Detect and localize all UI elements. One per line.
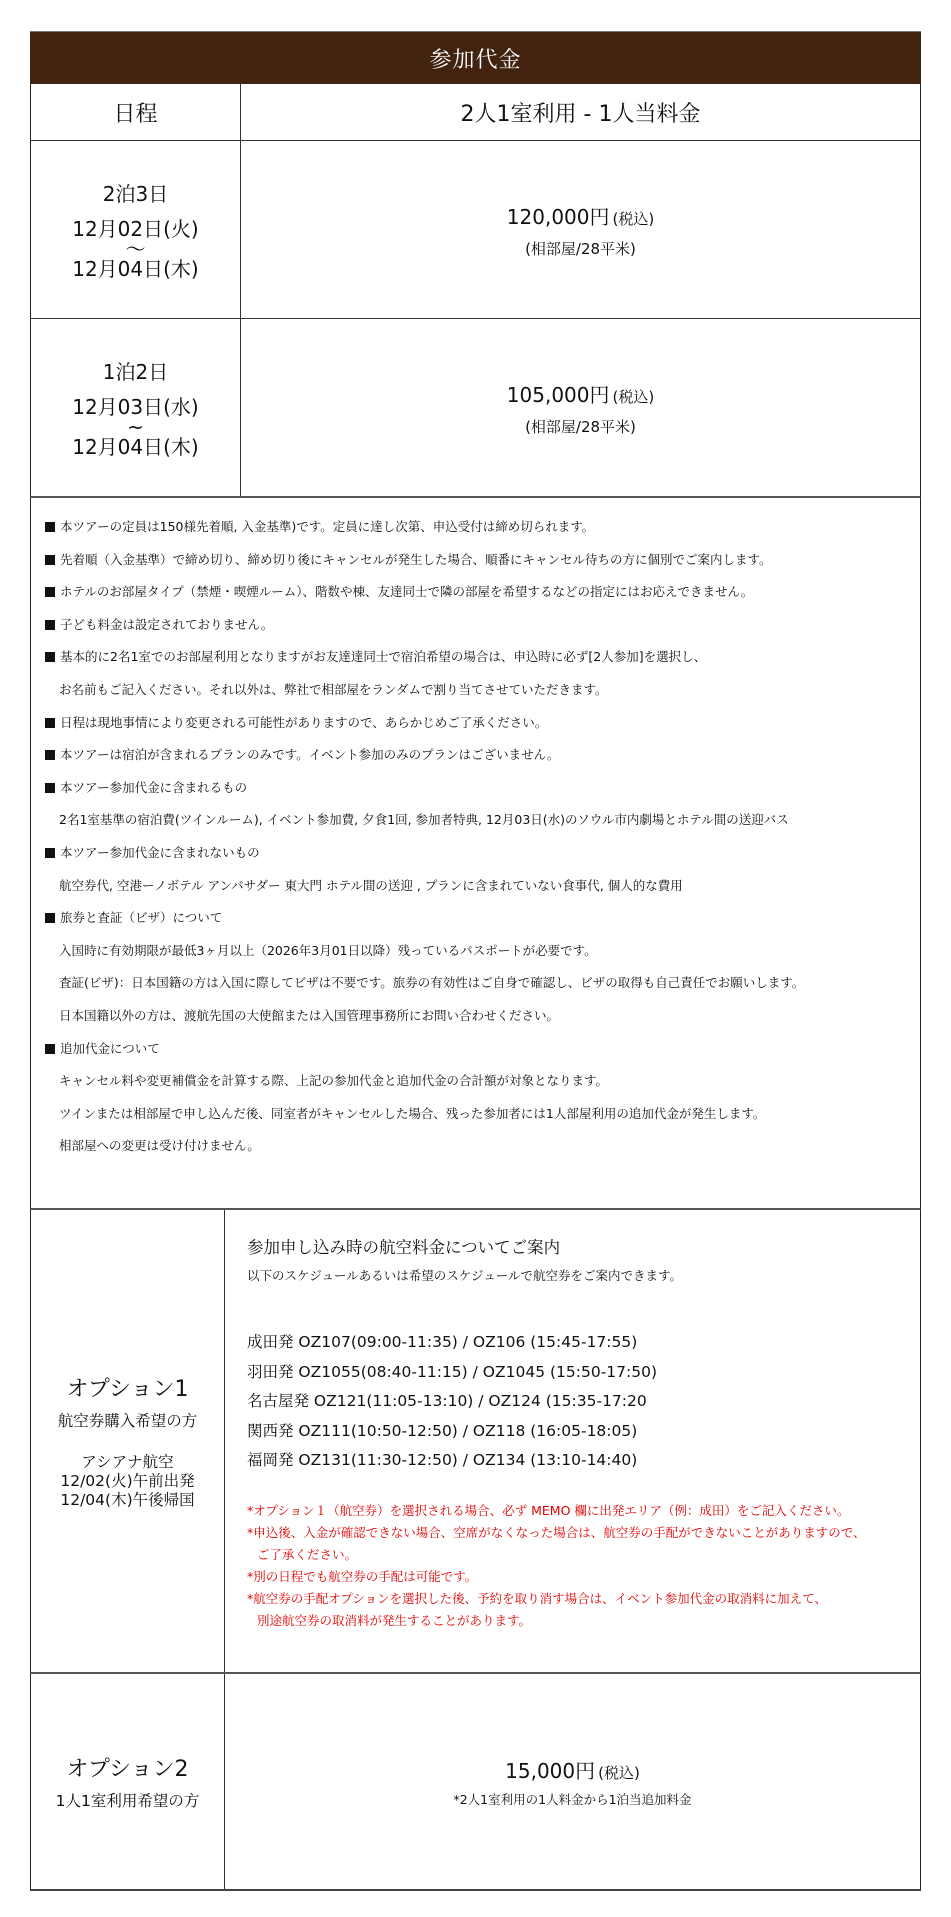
note-text: 2名1室基準の宿泊費(ツインルーム), イベント参加費, 夕食1回, 参加者特典… bbox=[59, 812, 789, 827]
note-text: 基本的に2名1室でのお部屋利用となりますがお友達達同士で宿泊希望の場合は、申込時… bbox=[60, 649, 706, 664]
note-text: 本ツアー参加代金に含まれないもの bbox=[60, 845, 260, 860]
tax-label: (税込) bbox=[613, 210, 655, 228]
note-text: 日本国籍以外の方は、渡航先国の大使館または入国管理事務所にお問い合わせください。 bbox=[59, 1008, 559, 1023]
option1-row: オプション1 航空券購入希望の方 アシアナ航空 12/02(火)午前出発 12/… bbox=[30, 1210, 921, 1674]
note-item: 相部屋への変更は受け付けません。 bbox=[45, 1138, 920, 1154]
note-item: 基本的に2名1室でのお部屋利用となりますがお友達達同士で宿泊希望の場合は、申込時… bbox=[45, 649, 920, 665]
note-item: 本ツアー参加代金に含まれないもの bbox=[45, 845, 920, 861]
note-item: お名前もご記入ください。それ以外は、弊社で相部屋をランダムで割り当てさせていただ… bbox=[45, 682, 920, 698]
airline-name: アシアナ航空 bbox=[60, 1453, 194, 1472]
flight-item: 名古屋発 OZ121(11:05-13:10) / OZ124 (15:35-1… bbox=[247, 1387, 657, 1417]
flight-item: 羽田発 OZ1055(08:40-11:15) / OZ1045 (15:50-… bbox=[247, 1358, 657, 1388]
plan-range-tilde: ~ bbox=[127, 419, 144, 435]
note-text: 本ツアーは宿泊が含まれるプランのみです。イベント参加のみのプランはございません。 bbox=[60, 747, 559, 762]
departure-info: 12/02(火)午前出発 bbox=[60, 1472, 194, 1491]
plan-range-tilde: ～ bbox=[126, 241, 146, 257]
square-bullet-icon bbox=[45, 750, 55, 760]
plan-row: 1泊2日 12月03日(水) ~ 12月04日(木) 105,000円(税込) … bbox=[30, 319, 921, 498]
plan-price: 120,000円(税込) bbox=[507, 201, 654, 230]
option1-title: オプション1 bbox=[66, 1372, 188, 1403]
option1-subtitle: 航空券購入希望の方 bbox=[58, 1409, 198, 1431]
note-text: 入国時に有効期限が最低3ヶ月以上（2026年3月01日以降）残っているパスポート… bbox=[59, 943, 597, 958]
header-schedule: 日程 bbox=[31, 84, 241, 140]
note-item: 入国時に有効期限が最低3ヶ月以上（2026年3月01日以降）残っているパスポート… bbox=[45, 943, 920, 959]
price-table: 参加代金 日程 2人1室利用 - 1人当料金 2泊3日 12月02日(火) ～ … bbox=[30, 31, 921, 1891]
square-bullet-icon bbox=[45, 587, 55, 597]
notes-section: 本ツアーの定員は150様先着順, 入金基準)です。定員に達し次第、申込受付は締め… bbox=[30, 498, 921, 1210]
option2-subtitle: 1人1室利用希望の方 bbox=[56, 1789, 200, 1811]
note-item: 追加代金について bbox=[45, 1041, 920, 1057]
note-text: 本ツアーの定員は150様先着順, 入金基準)です。定員に達し次第、申込受付は締め… bbox=[60, 519, 594, 534]
square-bullet-icon bbox=[45, 652, 55, 662]
flight-item: 成田発 OZ107(09:00-11:35) / OZ106 (15:45-17… bbox=[247, 1328, 657, 1358]
option1-airline-info: アシアナ航空 12/02(火)午前出発 12/04(木)午後帰国 bbox=[60, 1453, 194, 1510]
note-item: 日程は現地事情により変更される可能性がありますので、あらかじめご了承ください。 bbox=[45, 715, 920, 731]
square-bullet-icon bbox=[45, 620, 55, 630]
plan-price-cell: 120,000円(税込) (相部屋/28平米) bbox=[241, 141, 920, 318]
table-header-row: 日程 2人1室利用 - 1人当料金 bbox=[30, 84, 921, 141]
plan-end-date: 12月04日(木) bbox=[72, 257, 199, 281]
airfare-notices: *オプション１（航空券）を選択される場合、必ず MEMO 欄に出発エリア（例：成… bbox=[247, 1500, 866, 1632]
plan-room: (相部屋/28平米) bbox=[525, 416, 636, 437]
notice-line: ご了承ください。 bbox=[247, 1544, 866, 1566]
note-item: 本ツアーの定員は150様先着順, 入金基準)です。定員に達し次第、申込受付は締め… bbox=[45, 519, 920, 535]
price-value: 120,000円 bbox=[507, 205, 610, 229]
notice-line: *オプション１（航空券）を選択される場合、必ず MEMO 欄に出発エリア（例：成… bbox=[247, 1500, 866, 1522]
notice-line: 別途航空券の取消料が発生することがあります。 bbox=[247, 1610, 866, 1632]
square-bullet-icon bbox=[45, 848, 55, 858]
note-item: キャンセル料や変更補償金を計算する際、上記の参加代金と追加代金の合計額が対象とな… bbox=[45, 1073, 920, 1089]
header-price: 2人1室利用 - 1人当料金 bbox=[241, 84, 920, 140]
option2-row: オプション2 1人1室利用希望の方 15,000円(税込) *2人1室利用の1人… bbox=[30, 1674, 921, 1891]
note-text: 航空券代, 空港ーノボテル アンバサダー 東大門 ホテル間の送迎 , プランに含… bbox=[59, 878, 683, 893]
airfare-description: 以下のスケジュールあるいは希望のスケジュールで航空券をご案内できます。 bbox=[247, 1266, 682, 1284]
note-text: 日程は現地事情により変更される可能性がありますので、あらかじめご了承ください。 bbox=[60, 715, 547, 730]
square-bullet-icon bbox=[45, 913, 55, 923]
table-title: 参加代金 bbox=[30, 31, 921, 84]
note-text: キャンセル料や変更補償金を計算する際、上記の参加代金と追加代金の合計額が対象とな… bbox=[59, 1073, 608, 1088]
note-text: 本ツアー参加代金に含まれるもの bbox=[60, 780, 247, 795]
note-item: 日本国籍以外の方は、渡航先国の大使館または入国管理事務所にお問い合わせください。 bbox=[45, 1008, 920, 1024]
plan-price: 105,000円(税込) bbox=[507, 379, 654, 408]
note-item: 先着順（入金基準）で締め切り、締め切り後にキャンセルが発生した場合、順番にキャン… bbox=[45, 552, 920, 568]
note-item: 航空券代, 空港ーノボテル アンバサダー 東大門 ホテル間の送迎 , プランに含… bbox=[45, 878, 920, 894]
plan-nights: 1泊2日 bbox=[103, 356, 168, 385]
note-item: ツインまたは相部屋で申し込んだ後、同室者がキャンセルした場合、残った参加者には1… bbox=[45, 1106, 920, 1122]
notice-line: *別の日程でも航空券の手配は可能です。 bbox=[247, 1566, 866, 1588]
note-text: お名前もご記入ください。それ以外は、弊社で相部屋をランダムで割り当てさせていただ… bbox=[59, 682, 608, 697]
plan-schedule: 2泊3日 12月02日(火) ～ 12月04日(木) bbox=[31, 141, 241, 318]
note-item: 2名1室基準の宿泊費(ツインルーム), イベント参加費, 夕食1回, 参加者特典… bbox=[45, 812, 920, 828]
tax-label: (税込) bbox=[598, 1764, 640, 1782]
note-text: 査証(ビザ)：日本国籍の方は入国に際してビザは不要です。旅券の有効性はご自身で確… bbox=[59, 975, 804, 990]
option2-note: *2人1室利用の1人料金から1泊当追加料金 bbox=[453, 1790, 691, 1808]
option2-title: オプション2 bbox=[66, 1752, 188, 1783]
flight-list: 成田発 OZ107(09:00-11:35) / OZ106 (15:45-17… bbox=[247, 1328, 657, 1476]
note-item: 本ツアーは宿泊が含まれるプランのみです。イベント参加のみのプランはございません。 bbox=[45, 747, 920, 763]
plan-schedule: 1泊2日 12月03日(水) ~ 12月04日(木) bbox=[31, 319, 241, 496]
note-item: 旅券と査証（ビザ）について bbox=[45, 910, 920, 926]
square-bullet-icon bbox=[45, 718, 55, 728]
plan-nights: 2泊3日 bbox=[103, 178, 168, 207]
note-text: 子ども料金は設定されておりません。 bbox=[60, 617, 273, 632]
option1-label-cell: オプション1 航空券購入希望の方 アシアナ航空 12/02(火)午前出発 12/… bbox=[31, 1210, 225, 1672]
notice-line: *航空券の手配オプションを選択した後、予約を取り消す場合は、イベント参加代金の取… bbox=[247, 1588, 866, 1610]
note-item: 子ども料金は設定されておりません。 bbox=[45, 617, 920, 633]
return-info: 12/04(木)午後帰国 bbox=[60, 1491, 194, 1510]
note-text: ホテルのお部屋タイプ（禁煙・喫煙ルーム）、階数や棟、友達同士で隣の部屋を希望する… bbox=[60, 584, 753, 599]
flight-item: 関西発 OZ111(10:50-12:50) / OZ118 (16:05-18… bbox=[247, 1417, 657, 1447]
note-text: 相部屋への変更は受け付けません。 bbox=[59, 1138, 260, 1153]
option1-detail-cell: 参加申し込み時の航空料金についてご案内 以下のスケジュールあるいは希望のスケジュ… bbox=[225, 1210, 920, 1672]
notice-line: *申込後、入金が確認できない場合、空席がなくなった場合は、航空券の手配ができない… bbox=[247, 1522, 866, 1544]
note-item: 本ツアー参加代金に含まれるもの bbox=[45, 780, 920, 796]
option2-price: 15,000円(税込) bbox=[505, 1755, 640, 1784]
plan-row: 2泊3日 12月02日(火) ～ 12月04日(木) 120,000円(税込) … bbox=[30, 141, 921, 319]
plan-price-cell: 105,000円(税込) (相部屋/28平米) bbox=[241, 319, 920, 496]
flight-item: 福岡発 OZ131(11:30-12:50) / OZ134 (13:10-14… bbox=[247, 1446, 657, 1476]
option2-price-cell: 15,000円(税込) *2人1室利用の1人料金から1泊当追加料金 bbox=[225, 1674, 920, 1889]
note-text: 旅券と査証（ビザ）について bbox=[60, 910, 222, 925]
square-bullet-icon bbox=[45, 783, 55, 793]
note-item: ホテルのお部屋タイプ（禁煙・喫煙ルーム）、階数や棟、友達同士で隣の部屋を希望する… bbox=[45, 584, 920, 600]
tax-label: (税込) bbox=[613, 388, 655, 406]
option2-label-cell: オプション2 1人1室利用希望の方 bbox=[31, 1674, 225, 1889]
square-bullet-icon bbox=[45, 522, 55, 532]
plan-end-date: 12月04日(木) bbox=[72, 435, 199, 459]
price-value: 15,000円 bbox=[505, 1759, 595, 1783]
note-text: ツインまたは相部屋で申し込んだ後、同室者がキャンセルした場合、残った参加者には1… bbox=[59, 1106, 765, 1121]
square-bullet-icon bbox=[45, 555, 55, 565]
price-value: 105,000円 bbox=[507, 383, 610, 407]
plan-room: (相部屋/28平米) bbox=[525, 238, 636, 259]
note-text: 先着順（入金基準）で締め切り、締め切り後にキャンセルが発生した場合、順番にキャン… bbox=[60, 552, 772, 567]
square-bullet-icon bbox=[45, 1044, 55, 1054]
note-item: 査証(ビザ)：日本国籍の方は入国に際してビザは不要です。旅券の有効性はご自身で確… bbox=[45, 975, 920, 991]
airfare-heading: 参加申し込み時の航空料金についてご案内 bbox=[247, 1234, 560, 1258]
note-text: 追加代金について bbox=[60, 1041, 160, 1056]
